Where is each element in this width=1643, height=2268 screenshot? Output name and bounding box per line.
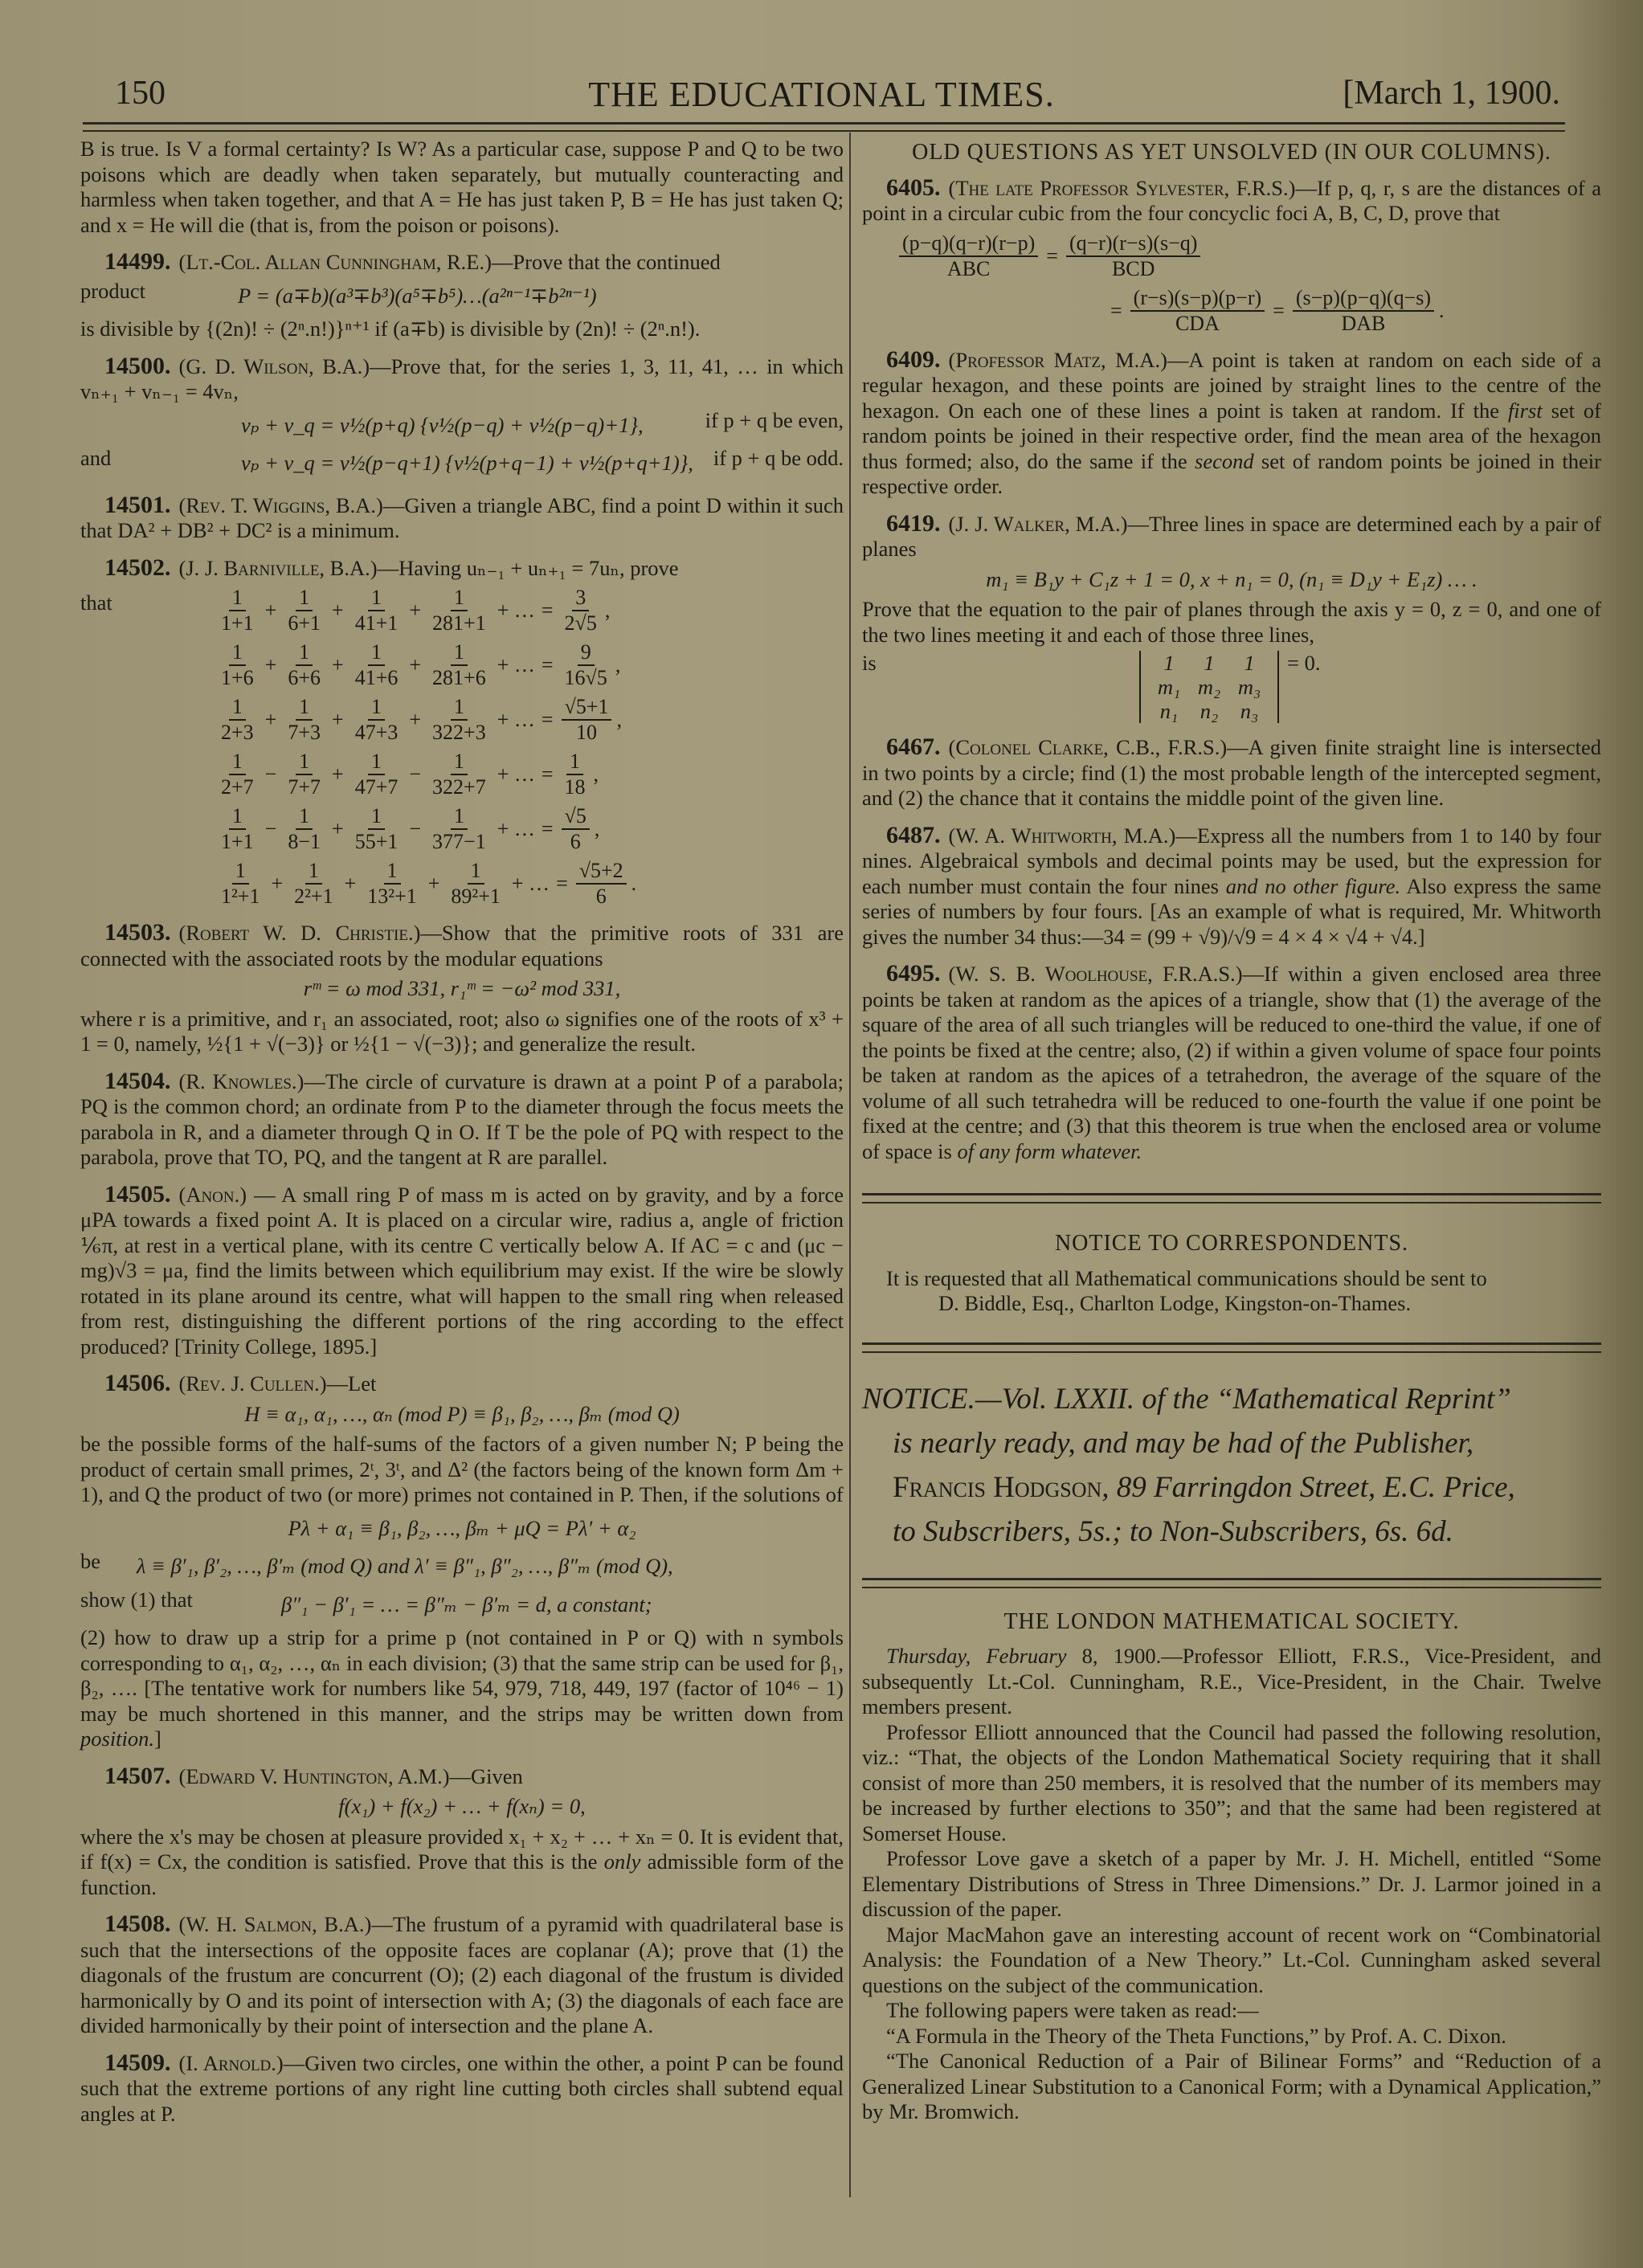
equation: vₚ + v_q = v½(p−q+1) {v½(p+q−1) + v½(p+q… xyxy=(153,451,713,476)
question-number: 14499. xyxy=(104,248,171,275)
question-14507: 14507.(Edward V. Huntington, A.M.)—Given xyxy=(80,1763,844,1790)
fraction: 1322+7 xyxy=(429,750,489,799)
section-title-notice-correspondents: NOTICE TO CORRESPONDENTS. xyxy=(862,1231,1601,1257)
header-rule-thin xyxy=(83,130,1565,132)
equation-label: that xyxy=(80,590,112,616)
notice-text: It is requested that all Mathematical co… xyxy=(862,1266,1601,1292)
question-author: (Edward V. Huntington, A.M.) xyxy=(179,1764,450,1788)
fraction: 113²+1 xyxy=(364,859,419,909)
denominator: BCD xyxy=(1109,257,1158,281)
question-author: (Rev. J. Cullen.) xyxy=(179,1371,327,1396)
series-equation: 11+1−18−1+155+1−1377−1+ …=√56, xyxy=(213,804,844,854)
question-number: 6409. xyxy=(886,346,941,373)
question-14501: 14501.(Rev. T. Wiggins, B.A.)—Given a tr… xyxy=(80,492,844,544)
series-equation: 12+3+17+3+147+3+1322+3+ …=√5+110, xyxy=(213,695,844,745)
result-fraction: √5+26 xyxy=(576,859,627,909)
equation-condition: if p + q be even, xyxy=(705,408,844,443)
equation: H ≡ α₁, α₁, …, αₙ (mod P) ≡ β₁, β₂, …, β… xyxy=(80,1402,844,1428)
fraction: 16+1 xyxy=(284,586,324,635)
question-continuation: Prove that the equation to the pair of p… xyxy=(862,597,1601,648)
fraction: 11²+1 xyxy=(218,859,263,909)
italic-text: first xyxy=(1508,398,1543,423)
question-14506: 14506.(Rev. J. Cullen.)—Let xyxy=(80,1371,844,1397)
lms-paragraph: “A Formula in the Theory of the Theta Fu… xyxy=(862,2024,1601,2049)
question-number: 14502. xyxy=(104,554,171,581)
question-14502: 14502.(J. J. Barniville, B.A.)—Having uₙ… xyxy=(80,555,844,582)
fraction: 17+3 xyxy=(284,695,324,745)
series-equation: 11+1+16+1+141+1+1281+1+ …=32√5, xyxy=(213,586,844,635)
series-equation: 11²+1+12²+1+113²+1+189²+1+ …=√5+26. xyxy=(213,859,844,909)
fraction: 189²+1 xyxy=(448,859,503,909)
numerator: (r−s)(s−p)(p−r) xyxy=(1130,286,1265,312)
question-author: (Lt.-Col. Allan Cunningham, R.E.) xyxy=(179,250,492,274)
question-number: 14508. xyxy=(104,1910,171,1937)
equation: β″₁ − β′₁ = … = β″ₘ − β′ₘ = d, a constan… xyxy=(281,1592,844,1618)
equation: m₁ ≡ B₁y + C₁z + 1 = 0, x + n₁ = 0, (n₁ … xyxy=(862,567,1601,593)
series-equation: 12+7−17+7+147+7−1322+7+ …=118, xyxy=(213,750,844,799)
question-number: 6419. xyxy=(886,510,941,537)
equation-label: is xyxy=(862,651,1139,676)
question-author: (G. D. Wilson, B.A.) xyxy=(179,354,370,378)
question-continuation: (2) how to draw up a strip for a prime p… xyxy=(80,1625,844,1752)
section-title-lms: THE LONDON MATHEMATICAL SOCIETY. xyxy=(862,1609,1601,1635)
equation-row: show (1) that β″₁ − β′₁ = … = β″ₘ − β′ₘ … xyxy=(80,1588,844,1623)
notice-address: D. Biddle, Esq., Charlton Lodge, Kingsto… xyxy=(862,1291,1601,1317)
question-author: (I. Arnold.) xyxy=(179,2051,284,2075)
question-author: (Rev. T. Wiggins, B.A.) xyxy=(179,493,383,517)
equation-row: be λ ≡ β′₁, β′₂, …, β′ₘ (mod Q) and λ′ ≡… xyxy=(80,1549,844,1584)
question-number: 14504. xyxy=(104,1068,171,1094)
italic-text: Thursday, February xyxy=(886,1644,1067,1668)
question-14509: 14509.(I. Arnold.)—Given two circles, on… xyxy=(80,2050,844,2127)
equation-label: and xyxy=(80,446,153,481)
fraction: 11+6 xyxy=(218,640,257,690)
question-author: (W. A. Whitworth, M.A.) xyxy=(949,823,1176,848)
question-6419: 6419.(J. J. Walker, M.A.)—Three lines in… xyxy=(862,511,1601,562)
denominator: DAB xyxy=(1338,312,1388,336)
fraction: 17+7 xyxy=(284,750,324,799)
equation: λ ≡ β′₁, β′₂, …, β′ₘ (mod Q) and λ′ ≡ β″… xyxy=(137,1554,844,1579)
equation-row: (p−q)(q−r)(r−p)ABC = (q−r)(r−s)(s−q)BCD xyxy=(894,231,1601,281)
fraction: 16+6 xyxy=(284,640,324,690)
italic-text: position. xyxy=(80,1727,154,1751)
text-span: —If within a given enclosed area three p… xyxy=(862,962,1601,1163)
question-14499: 14499.(Lt.-Col. Allan Cunningham, R.E.)—… xyxy=(80,249,844,276)
fraction: (p−q)(q−r)(r−p)ABC xyxy=(899,231,1038,281)
italic-text: only xyxy=(604,1849,641,1874)
fraction: 147+3 xyxy=(352,695,402,745)
question-author: (J. J. Barniville, B.A.) xyxy=(179,556,378,580)
question-number: 14507. xyxy=(104,1763,171,1789)
numerator: (p−q)(q−r)(r−p) xyxy=(899,231,1038,257)
denominator: ABC xyxy=(944,257,993,281)
question-author: (W. H. Salmon, B.A.) xyxy=(179,1912,372,1936)
section-title-old-questions: OLD QUESTIONS AS YET UNSOLVED (IN OUR CO… xyxy=(862,140,1601,166)
result-fraction: 916√5 xyxy=(562,640,611,690)
fraction: 12+7 xyxy=(218,750,257,799)
fraction: (r−s)(s−p)(p−r)CDA xyxy=(1130,286,1265,336)
italic-text: of any form whatever. xyxy=(957,1139,1142,1163)
reprint-notice: NOTICE.—Vol. LXXII. of the “Mathematical… xyxy=(862,1377,1601,1554)
question-author: (Colonel Clarke, C.B., F.R.S.) xyxy=(949,735,1228,759)
question-author: (Robert W. D. Christie.) xyxy=(179,921,421,945)
question-text: —Given xyxy=(450,1764,523,1788)
question-14505: 14505.(Anon.) — A small ring P of mass m… xyxy=(80,1182,844,1360)
right-column: OLD QUESTIONS AS YET UNSOLVED (IN OUR CO… xyxy=(862,137,1601,2125)
question-number: 6467. xyxy=(886,734,941,760)
notice-line: to Subscribers, 5s.; to Non-Subscribers,… xyxy=(862,1510,1601,1554)
section-divider xyxy=(862,1342,1601,1353)
lms-paragraph: Professor Elliott announced that the Cou… xyxy=(862,1720,1601,1847)
fraction: (q−r)(r−s)(s−q)BCD xyxy=(1066,231,1201,281)
lms-paragraph: “The Canonical Reduction of a Pair of Bi… xyxy=(862,2049,1601,2125)
question-14504: 14504.(R. Knowles.)—The circle of curvat… xyxy=(80,1069,844,1171)
question-continuation: where the x's may be chosen at pleasure … xyxy=(80,1825,844,1901)
question-number: 6405. xyxy=(886,174,941,201)
equation-row: and vₚ + v_q = v½(p−q+1) {v½(p+q−1) + v½… xyxy=(80,446,844,481)
numerator: (s−p)(p−q)(q−s) xyxy=(1293,286,1434,312)
question-continuation: is divisible by {(2n)! ÷ (2ⁿ.n!)}ⁿ⁺¹ if … xyxy=(80,317,844,342)
notice-line: Francis Hodgson, 89 Farringdon Street, E… xyxy=(862,1465,1601,1510)
text-span: (2) how to draw up a strip for a prime p… xyxy=(80,1625,844,1726)
fraction: 18−1 xyxy=(284,804,324,854)
page-header: 150 THE EDUCATIONAL TIMES. [March 1, 190… xyxy=(76,74,1567,122)
left-column: B is true. Is V a formal certainty? Is W… xyxy=(80,137,844,2127)
fraction: 147+7 xyxy=(352,750,402,799)
fraction: 11+1 xyxy=(218,804,257,854)
question-author: (R. Knowles.) xyxy=(179,1069,304,1093)
equation-row: = (r−s)(s−p)(p−r)CDA = (s−p)(p−q)(q−s)DA… xyxy=(1107,286,1601,336)
notice-line: is nearly ready, and may be had of the P… xyxy=(862,1421,1601,1465)
question-6409: 6409.(Professor Matz, M.A.)—A point is t… xyxy=(862,347,1601,500)
question-author: (W. S. B. Woolhouse, F.R.A.S.) xyxy=(949,962,1243,986)
equation-condition: if p + q be odd. xyxy=(713,446,844,481)
lms-paragraph: Major MacMahon gave an interesting accou… xyxy=(862,1923,1601,1999)
series-equation: 11+6+16+6+141+6+1281+6+ …=916√5, xyxy=(213,640,844,690)
equation: vₚ + v_q = v½(p+q) {v½(p−q) + v½(p−q)+1}… xyxy=(153,413,705,439)
section-divider xyxy=(862,1578,1601,1588)
question-author: (Professor Matz, M.A.) xyxy=(949,348,1167,372)
question-14508: 14508.(W. H. Salmon, B.A.)—The frustum o… xyxy=(80,1911,844,2039)
question-number: 6487. xyxy=(886,822,941,848)
fraction: 1322+3 xyxy=(429,695,489,745)
question-number: 14501. xyxy=(104,492,171,518)
italic-text: and no other figure. xyxy=(1226,874,1400,898)
question-text: —Let xyxy=(327,1371,377,1396)
equation: f(x₁) + f(x₂) + … + f(xₙ) = 0, xyxy=(80,1794,844,1820)
fraction: 1281+1 xyxy=(429,586,489,635)
italic-text: second xyxy=(1195,449,1254,473)
result-fraction: 118 xyxy=(562,750,589,799)
denominator: CDA xyxy=(1172,312,1223,336)
fraction: 141+6 xyxy=(352,640,402,690)
question-number: 14503. xyxy=(104,919,171,946)
numerator: (q−r)(r−s)(s−q) xyxy=(1066,231,1201,257)
equation: rᵐ = ω mod 331, r₁ᵐ = −ω² mod 331, xyxy=(80,976,844,1002)
series-block: that 11+1+16+1+141+1+1281+1+ …=32√5,11+6… xyxy=(80,586,844,909)
fraction: 1377−1 xyxy=(429,804,489,854)
notice-line: NOTICE.—Vol. LXXII. of the “Mathematical… xyxy=(862,1377,1601,1421)
question-number: 14509. xyxy=(104,2049,171,2076)
result-fraction: √5+110 xyxy=(562,695,612,745)
question-author: (Anon.) xyxy=(179,1183,247,1207)
question-author: (The late Professor Sylvester, F.R.S.) xyxy=(949,176,1296,200)
section-divider xyxy=(862,1193,1601,1203)
equation-label: be xyxy=(80,1549,137,1584)
lms-paragraph: Thursday, February 8, 1900.—Professor El… xyxy=(862,1644,1601,1720)
equation: = 0. xyxy=(1287,651,1320,676)
question-14500: 14500.(G. D. Wilson, B.A.)—Prove that, f… xyxy=(80,353,844,405)
continuation-text: B is true. Is V a formal certainty? Is W… xyxy=(80,137,844,238)
fraction: 1281+6 xyxy=(429,640,489,690)
fraction: (s−p)(p−q)(q−s)DAB xyxy=(1293,286,1434,336)
question-6405: 6405.(The late Professor Sylvester, F.R.… xyxy=(862,175,1601,227)
lms-paragraph: The following papers were taken as read:… xyxy=(862,1998,1601,2024)
header-rule xyxy=(83,122,1565,125)
question-14503: 14503.(Robert W. D. Christie.)—Show that… xyxy=(80,920,844,971)
equation-label: product xyxy=(80,279,145,314)
determinant: 111 m₁m₂m₃ n₁n₂n₃ xyxy=(1139,651,1279,723)
question-author: (J. J. Walker, M.A.) xyxy=(949,512,1128,536)
fraction: 11+1 xyxy=(218,586,257,635)
question-6487: 6487.(W. A. Whitworth, M.A.)—Express all… xyxy=(862,823,1601,950)
result-fraction: √56 xyxy=(562,804,590,854)
equation-row: vₚ + v_q = v½(p+q) {v½(p−q) + v½(p−q)+1}… xyxy=(80,408,844,443)
question-number: 14506. xyxy=(104,1370,171,1396)
newspaper-page: 150 THE EDUCATIONAL TIMES. [March 1, 190… xyxy=(76,0,1567,2268)
question-text: — A small ring P of mass m is acted on b… xyxy=(80,1183,844,1359)
text-span: , 89 Farringdon Street, E.C. Price, xyxy=(1101,1471,1515,1504)
question-continuation: be the possible forms of the half-sums o… xyxy=(80,1432,844,1508)
question-6467: 6467.(Colonel Clarke, C.B., F.R.S.)—A gi… xyxy=(862,734,1601,811)
equation: P = (a∓b)(a³∓b³)(a⁵∓b⁵)…(a²ⁿ⁻¹∓b²ⁿ⁻¹) xyxy=(145,284,844,309)
question-continuation: where r is a primitive, and r₁ an associ… xyxy=(80,1007,844,1057)
publisher-name: Francis Hodgson xyxy=(893,1471,1101,1504)
column-divider xyxy=(849,133,851,2197)
equation-label: show (1) that xyxy=(80,1588,281,1623)
determinant-row: is 111 m₁m₂m₃ n₁n₂n₃ = 0. xyxy=(862,651,1601,723)
equation: Pλ + α₁ ≡ β₁, β₂, …, βₘ + μQ = Pλ′ + α₂ xyxy=(80,1516,844,1542)
question-text: —Having uₙ₋₁ + uₙ₊₁ = 7uₙ, prove xyxy=(378,556,679,580)
fraction: 12+3 xyxy=(218,695,257,745)
result-fraction: 32√5 xyxy=(562,586,600,635)
lms-paragraph: Professor Love gave a sketch of a paper … xyxy=(862,1846,1601,1923)
fraction: 141+1 xyxy=(352,586,402,635)
fraction: 12²+1 xyxy=(291,859,336,909)
question-number: 14505. xyxy=(104,1181,171,1208)
question-text: —Prove that the continued xyxy=(492,250,721,274)
fraction: 155+1 xyxy=(352,804,402,854)
equation-row: product P = (a∓b)(a³∓b³)(a⁵∓b⁵)…(a²ⁿ⁻¹∓b… xyxy=(80,279,844,314)
question-6495: 6495.(W. S. B. Woolhouse, F.R.A.S.)—If w… xyxy=(862,961,1601,1164)
issue-date: [March 1, 1900. xyxy=(1343,74,1560,112)
question-number: 14500. xyxy=(104,353,171,379)
question-number: 6495. xyxy=(886,960,941,987)
text-span: ] xyxy=(154,1727,161,1751)
